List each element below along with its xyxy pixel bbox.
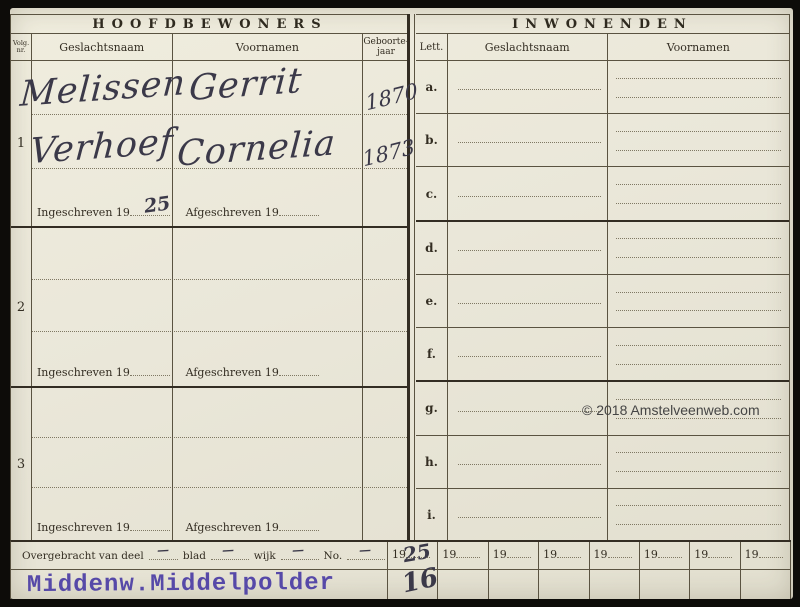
geslachtsnaam-cell xyxy=(448,328,608,380)
column-header-voornamen: Voornamen xyxy=(608,34,790,60)
inwonenden-column-headers: Lett. Geslachtsnaam Voornamen xyxy=(416,34,789,61)
geslachtsnaam-cell: Melissen Verhoef Ingeschreven 1925 xyxy=(32,61,173,226)
ingeschreven-field: Ingeschreven 19 xyxy=(37,520,170,534)
year-prefix: 19 xyxy=(543,548,557,561)
afgeschreven-label: Afgeschreven 19 xyxy=(186,521,279,534)
voornamen-cell: Afgeschreven 19 xyxy=(173,388,364,541)
inwonenden-title: INWONENDEN xyxy=(416,15,789,34)
letter-label: b. xyxy=(425,133,438,147)
afgeschreven-blank xyxy=(279,520,319,531)
voornamen-cell xyxy=(608,114,790,166)
ingeschreven-blank: 25 xyxy=(130,205,170,216)
handwritten-surname-2: Verhoef xyxy=(29,122,175,172)
afgeschreven-field: Afgeschreven 19 xyxy=(186,205,319,219)
no-label: No. xyxy=(324,550,343,562)
letter-cell: e. xyxy=(416,275,448,327)
handwritten-firstname-1: Gerrit xyxy=(187,61,303,109)
letter-label: a. xyxy=(425,80,437,94)
letter-label: h. xyxy=(425,455,438,469)
geslachtsnaam-cell xyxy=(448,275,608,327)
wijk-label: wijk xyxy=(254,550,276,562)
year-cell-4: 19 xyxy=(539,542,589,569)
year-cell-6: 19 xyxy=(640,542,690,569)
column-header-voornamen: Voornamen xyxy=(173,34,364,60)
ingeschreven-label: Ingeschreven 19 xyxy=(37,521,130,534)
year-dots xyxy=(759,549,783,558)
letter-row-a: a. xyxy=(416,61,789,113)
afgeschreven-blank xyxy=(279,365,319,376)
voornamen-cell xyxy=(608,328,790,380)
letter-cell: i. xyxy=(416,489,448,541)
handwritten-registration-number: 16 xyxy=(399,563,441,600)
year-prefix: 19 xyxy=(644,548,658,561)
afgeschreven-label: Afgeschreven 19 xyxy=(186,366,279,379)
ingeschreven-blank xyxy=(130,365,170,376)
jaar-label: jaar xyxy=(377,47,395,57)
letter-label: f. xyxy=(427,347,436,361)
column-header-geslachtsnaam: Geslachtsnaam xyxy=(448,34,608,60)
letter-label: i. xyxy=(427,508,436,522)
letter-row-h: h. xyxy=(416,435,789,488)
year-prefix: 19 xyxy=(694,548,708,561)
ingeschreven-label: Ingeschreven 19 xyxy=(37,206,130,219)
geboortejaar-cell xyxy=(363,388,409,541)
year-prefix: 19 xyxy=(442,548,456,561)
row-number: 2 xyxy=(17,300,25,315)
letter-cell: f. xyxy=(416,328,448,380)
voornamen-cell xyxy=(608,489,790,541)
hoofdbewoners-column-headers: Volg. nr. Geslachtsnaam Voornamen Geboor… xyxy=(11,34,409,61)
afgeschreven-label: Afgeschreven 19 xyxy=(186,206,279,219)
blad-label: blad xyxy=(183,550,206,562)
letter-row-d: d. xyxy=(416,220,789,274)
geslachtsnaam-cell xyxy=(448,114,608,166)
handwritten-ingeschreven-year: 25 xyxy=(143,192,172,217)
handwritten-firstname-2: Cornelia xyxy=(175,123,337,174)
geslachtsnaam-cell xyxy=(448,489,608,541)
copyright-watermark: © 2018 Amstelveenweb.com xyxy=(582,402,760,418)
voornamen-cell xyxy=(608,275,790,327)
row-number: 3 xyxy=(17,457,25,472)
stamp-cell: Middenw.Middelpolder xyxy=(11,570,388,599)
year-dots xyxy=(658,549,682,558)
overgebracht-field: Overgebracht van deel— blad— wijk— No.— xyxy=(11,542,388,569)
year-cell-5: 19 xyxy=(590,542,640,569)
column-header-geslachtsnaam: Geslachtsnaam xyxy=(32,34,173,60)
geslachtsnaam-cell: Ingeschreven 19 xyxy=(32,388,173,541)
inwonenden-letter-rows: a. b. c. d. e. xyxy=(416,61,789,541)
year-cell-8: 19 xyxy=(741,542,791,569)
geslachtsnaam-cell: Ingeschreven 19 xyxy=(32,228,173,386)
year-dots xyxy=(557,549,581,558)
hoofdbewoners-title: HOOFDBEWONERS xyxy=(11,15,409,34)
letter-label: e. xyxy=(426,294,438,308)
letter-row-b: b. xyxy=(416,113,789,166)
ingeschreven-field: Ingeschreven 1925 xyxy=(37,205,170,219)
letter-label: c. xyxy=(426,187,437,201)
register-page: HOOFDBEWONERS Volg. nr. Geslachtsnaam Vo… xyxy=(10,8,793,599)
wijk-blank: — xyxy=(281,551,319,560)
photographed-register-card: HOOFDBEWONERS Volg. nr. Geslachtsnaam Vo… xyxy=(0,0,800,607)
ingeschreven-blank xyxy=(130,520,170,531)
hoofdbewoners-row-1: 1 Melissen Verhoef Ingeschreven 1925 Ger… xyxy=(11,61,409,226)
voornamen-cell xyxy=(608,436,790,488)
voornamen-cell xyxy=(608,167,790,219)
afgeschreven-field: Afgeschreven 19 xyxy=(186,520,319,534)
letter-cell: d. xyxy=(416,222,448,274)
letter-cell: h. xyxy=(416,436,448,488)
handwritten-wijk-mark: — xyxy=(292,543,305,558)
letter-label: d. xyxy=(425,241,438,255)
year-prefix: 19 xyxy=(594,548,608,561)
hoofdbewoners-section: HOOFDBEWONERS Volg. nr. Geslachtsnaam Vo… xyxy=(10,14,409,540)
letter-row-c: c. xyxy=(416,166,789,219)
year-prefix: 19 xyxy=(745,548,759,561)
year-cell-2: 19 xyxy=(438,542,488,569)
row-number-cell: 3 xyxy=(11,388,32,541)
empty-cell xyxy=(741,570,791,599)
geboortejaar-cell xyxy=(363,228,409,386)
year-cell-3: 19 xyxy=(489,542,539,569)
year-prefix: 19 xyxy=(493,548,507,561)
geslachtsnaam-cell xyxy=(448,222,608,274)
footer-year-row: Overgebracht van deel— blad— wijk— No.— … xyxy=(10,540,791,570)
handwritten-blad-mark: — xyxy=(222,543,235,558)
empty-cell xyxy=(489,570,539,599)
afgeschreven-field: Afgeschreven 19 xyxy=(186,365,319,379)
registration-number-cell: 16 xyxy=(388,570,438,599)
blad-blank: — xyxy=(211,551,249,560)
empty-cell xyxy=(690,570,740,599)
empty-cell xyxy=(640,570,690,599)
handwritten-deel-mark: — xyxy=(157,543,170,558)
inwonenden-section: INWONENDEN Lett. Geslachtsnaam Voornamen… xyxy=(416,14,790,540)
empty-cell xyxy=(438,570,488,599)
overgebracht-label: Overgebracht van deel xyxy=(22,550,144,562)
geboortejaar-cell: 1870 1873 xyxy=(363,61,409,226)
letter-row-e: e. xyxy=(416,274,789,327)
letter-cell: c. xyxy=(416,167,448,219)
afgeschreven-blank xyxy=(279,205,319,216)
letter-cell: a. xyxy=(416,61,448,113)
ingeschreven-field: Ingeschreven 19 xyxy=(37,365,170,379)
letter-label: g. xyxy=(425,401,438,415)
column-header-geboortejaar: Geboorte- jaar xyxy=(363,34,409,60)
column-header-volgnr: Volg. nr. xyxy=(11,34,32,60)
voornamen-cell: Gerrit Cornelia Afgeschreven 19 xyxy=(173,61,364,226)
nr-label: nr. xyxy=(17,47,26,54)
geslachtsnaam-cell xyxy=(448,436,608,488)
year-dots xyxy=(608,549,632,558)
ingeschreven-label: Ingeschreven 19 xyxy=(37,366,130,379)
column-header-lett: Lett. xyxy=(416,34,448,60)
letter-cell: g. xyxy=(416,382,448,434)
row-number-cell: 2 xyxy=(11,228,32,386)
voornamen-cell: Afgeschreven 19 xyxy=(173,228,364,386)
deel-blank: — xyxy=(149,551,178,560)
year-dots xyxy=(708,549,732,558)
hoofdbewoners-row-3: 3 Ingeschreven 19 Afgeschreven 19 xyxy=(11,386,409,541)
year-dots xyxy=(507,549,531,558)
no-blank: — xyxy=(347,551,385,560)
empty-cell xyxy=(590,570,640,599)
geslachtsnaam-cell xyxy=(448,61,608,113)
geslachtsnaam-cell xyxy=(448,167,608,219)
letter-row-i: i. xyxy=(416,488,789,541)
geboorte-label: Geboorte- xyxy=(363,37,408,47)
voornamen-cell xyxy=(608,61,790,113)
voornamen-cell xyxy=(608,222,790,274)
middenpolder-ink-stamp: Middenw.Middelpolder xyxy=(27,570,335,599)
hoofdbewoners-row-2: 2 Ingeschreven 19 Afgeschreven 19 xyxy=(11,226,409,386)
row-number: 1 xyxy=(17,136,25,151)
handwritten-no-mark: — xyxy=(358,543,371,558)
year-dots xyxy=(456,549,480,558)
letter-cell: b. xyxy=(416,114,448,166)
footer-stamp-row: Middenw.Middelpolder 16 xyxy=(10,570,791,599)
year-cell-7: 19 xyxy=(690,542,740,569)
letter-row-f: f. xyxy=(416,327,789,380)
empty-cell xyxy=(539,570,589,599)
handwritten-surname-1: Melissen xyxy=(19,63,188,115)
